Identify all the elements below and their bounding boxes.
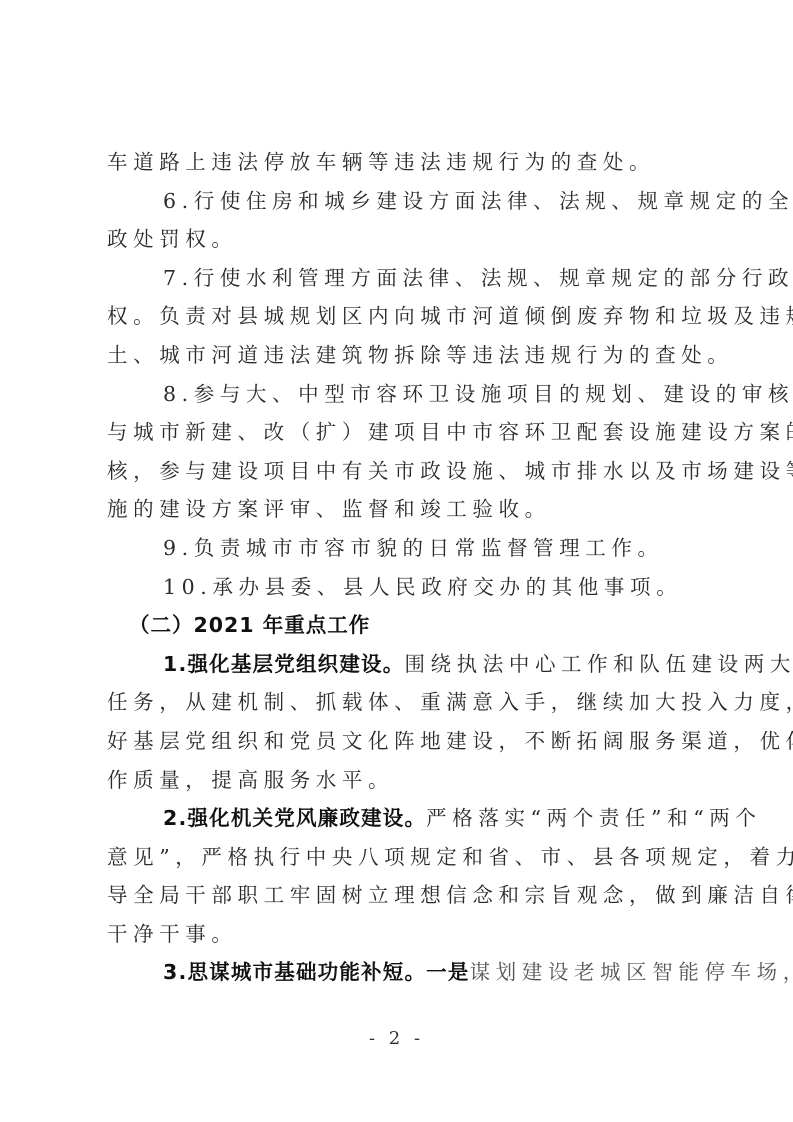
key-task-2-title: 2.强化机关党风廉政建设。 [163, 806, 426, 830]
text-line: 车道路上违法停放车辆等违法违规行为的查处。 [107, 143, 697, 182]
section-heading: （二）2021 年重点工作 [107, 606, 697, 645]
key-task-3-line: 3.思谋城市基础功能补短。一是谋划建设老城区智能停车场， [107, 953, 697, 992]
text-line: 好基层党组织和党员文化阵地建设，不断拓阔服务渠道，优化工 [107, 722, 697, 761]
document-body: 车道路上违法停放车辆等违法违规行为的查处。 6.行使住房和城乡建设方面法律、法规… [107, 143, 697, 992]
text-line: 导全局干部职工牢固树立理想信念和宗旨观念，做到廉洁自律、 [107, 876, 697, 915]
key-task-1-text: 围绕执法中心工作和队伍建设两大 [404, 652, 793, 676]
text-line: 意见”，严格执行中央八项规定和省、市、县各项规定，着力引 [107, 838, 697, 877]
item-9-line: 9.负责城市市容市貌的日常监督管理工作。 [107, 529, 697, 568]
text-line: 土、城市河道违法建筑物拆除等违法违规行为的查处。 [107, 336, 697, 375]
page-number: - 2 - [0, 1028, 793, 1049]
key-task-3-title: 3.思谋城市基础功能补短。一是 [163, 960, 470, 984]
text-line: 作质量，提高服务水平。 [107, 761, 697, 800]
text-line: 政处罚权。 [107, 220, 697, 259]
key-task-2-line: 2.强化机关党风廉政建设。严格落实“两个责任”和“两个 [107, 799, 697, 838]
key-task-1-line: 1.强化基层党组织建设。围绕执法中心工作和队伍建设两大 [107, 645, 697, 684]
item-7-line: 7.行使水利管理方面法律、法规、规章规定的部分行政处罚 [107, 259, 697, 298]
text-line: 与城市新建、改（扩）建项目中市容环卫配套设施建设方案的审 [107, 413, 697, 452]
key-task-3-text: 谋划建设老城区智能停车场， [470, 960, 793, 984]
text-line: 权。负责对县城规划区内向城市河道倾倒废弃物和垃圾及违规取 [107, 297, 697, 336]
text-line: 干净干事。 [107, 915, 697, 954]
key-task-1-title: 1.强化基层党组织建设。 [163, 652, 404, 676]
text-line: 核，参与建设项目中有关市政设施、城市排水以及市场建设等设 [107, 452, 697, 491]
item-8-line: 8.参与大、中型市容环卫设施项目的规划、建设的审核，参 [107, 375, 697, 414]
key-task-2-text: 严格落实“两个责任”和“两个 [426, 806, 761, 830]
item-10-line: 10.承办县委、县人民政府交办的其他事项。 [107, 568, 697, 607]
text-line: 施的建设方案评审、监督和竣工验收。 [107, 490, 697, 529]
text-line: 任务，从建机制、抓载体、重满意入手，继续加大投入力度，抓 [107, 683, 697, 722]
item-6-line: 6.行使住房和城乡建设方面法律、法规、规章规定的全部行 [107, 182, 697, 221]
document-page: 车道路上违法停放车辆等违法违规行为的查处。 6.行使住房和城乡建设方面法律、法规… [0, 0, 793, 1122]
